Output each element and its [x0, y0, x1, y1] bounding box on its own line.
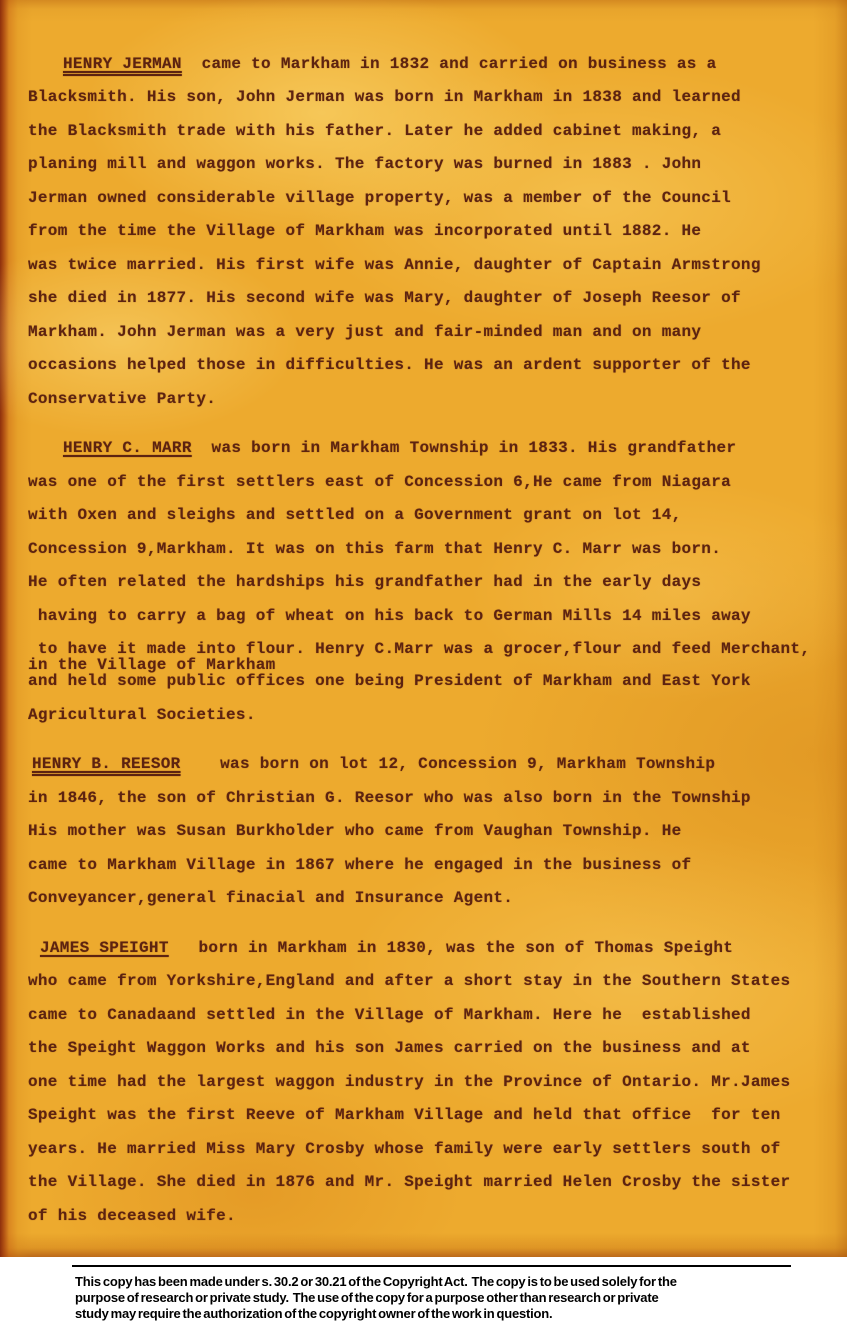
entry-heading: JAMES SPEIGHT — [40, 939, 169, 957]
text-line: Blacksmith. His son, John Jerman was bor… — [28, 87, 841, 107]
document-body: HENRY JERMAN came to Markham in 1832 and… — [28, 40, 841, 1226]
text-line: Speight was the first Reeve of Markham V… — [28, 1105, 841, 1125]
after-heading-text: born in Markham in 1830, was the son of … — [169, 939, 733, 957]
copyright-line: purpose of research or private study. Th… — [75, 1290, 677, 1306]
text-line: having to carry a bag of wheat on his ba… — [28, 606, 841, 626]
footer-divider — [72, 1265, 791, 1267]
text-line: came to Markham Village in 1867 where he… — [28, 855, 841, 875]
text-line: with Oxen and sleighs and settled on a G… — [28, 505, 841, 525]
text-line: was one of the first settlers east of Co… — [28, 472, 841, 492]
text-line: Agricultural Societies. — [28, 705, 841, 725]
paragraph: JAMES SPEIGHT born in Markham in 1830, w… — [28, 924, 841, 1226]
text-line: planing mill and waggon works. The facto… — [28, 154, 841, 174]
entry-heading: HENRY JERMAN — [63, 55, 182, 73]
paragraph: HENRY JERMAN came to Markham in 1832 and… — [28, 40, 841, 409]
text-line: Markham. John Jerman was a very just and… — [28, 322, 841, 342]
text-line: was twice married. His first wife was An… — [28, 255, 841, 275]
entry-heading: HENRY B. REESOR — [32, 755, 181, 773]
paragraph: HENRY C. MARR was born in Markham Townsh… — [28, 425, 841, 725]
text-line: the Blacksmith trade with his father. La… — [28, 121, 841, 141]
copyright-notice: This copy has been made under s. 30.2 or… — [75, 1274, 677, 1322]
text-line: one time had the largest waggon industry… — [28, 1072, 841, 1092]
copyright-footer: This copy has been made under s. 30.2 or… — [0, 1257, 847, 1331]
text-line: of his deceased wife. — [28, 1206, 841, 1226]
entry-heading: HENRY C. MARR — [63, 439, 192, 457]
text-line: in 1846, the son of Christian G. Reesor … — [28, 788, 841, 808]
text-line: Concession 9,Markham. It was on this far… — [28, 539, 841, 559]
text-line: and held some public offices one being P… — [28, 671, 841, 691]
text-line: came to Canadaand settled in the Village… — [28, 1005, 841, 1025]
after-heading-text: was born on lot 12, Concession 9, Markha… — [181, 755, 716, 773]
text-line: Jerman owned considerable village proper… — [28, 188, 841, 208]
copyright-line: study may require the authorization of t… — [75, 1306, 677, 1322]
text-line: years. He married Miss Mary Crosby whose… — [28, 1139, 841, 1159]
text-line: He often related the hardships his grand… — [28, 572, 841, 592]
scan-root: HENRY JERMAN came to Markham in 1832 and… — [0, 0, 847, 1331]
after-heading-text: came to Markham in 1832 and carried on b… — [182, 55, 717, 73]
after-heading-text: was born in Markham Township in 1833. Hi… — [192, 439, 737, 457]
paragraph: HENRY B. REESOR was born on lot 12, Conc… — [28, 741, 841, 909]
text-line: Conservative Party. — [28, 389, 841, 409]
text-line: the Village. She died in 1876 and Mr. Sp… — [28, 1172, 841, 1192]
text-line: occasions helped those in difficulties. … — [28, 355, 841, 375]
text-line: HENRY C. MARR was born in Markham Townsh… — [28, 438, 841, 458]
text-line: His mother was Susan Burkholder who came… — [28, 821, 841, 841]
scanned-page: HENRY JERMAN came to Markham in 1832 and… — [0, 0, 847, 1257]
text-line: she died in 1877. His second wife was Ma… — [28, 288, 841, 308]
text-line: HENRY JERMAN came to Markham in 1832 and… — [28, 54, 841, 74]
text-line: HENRY B. REESOR was born on lot 12, Conc… — [28, 754, 841, 774]
copyright-line: This copy has been made under s. 30.2 or… — [75, 1274, 677, 1290]
text-line: who came from Yorkshire,England and afte… — [28, 971, 841, 991]
text-line: from the time the Village of Markham was… — [28, 221, 841, 241]
text-line: JAMES SPEIGHT born in Markham in 1830, w… — [28, 938, 841, 958]
text-line: Conveyancer,general finacial and Insuran… — [28, 888, 841, 908]
text-line: the Speight Waggon Works and his son Jam… — [28, 1038, 841, 1058]
